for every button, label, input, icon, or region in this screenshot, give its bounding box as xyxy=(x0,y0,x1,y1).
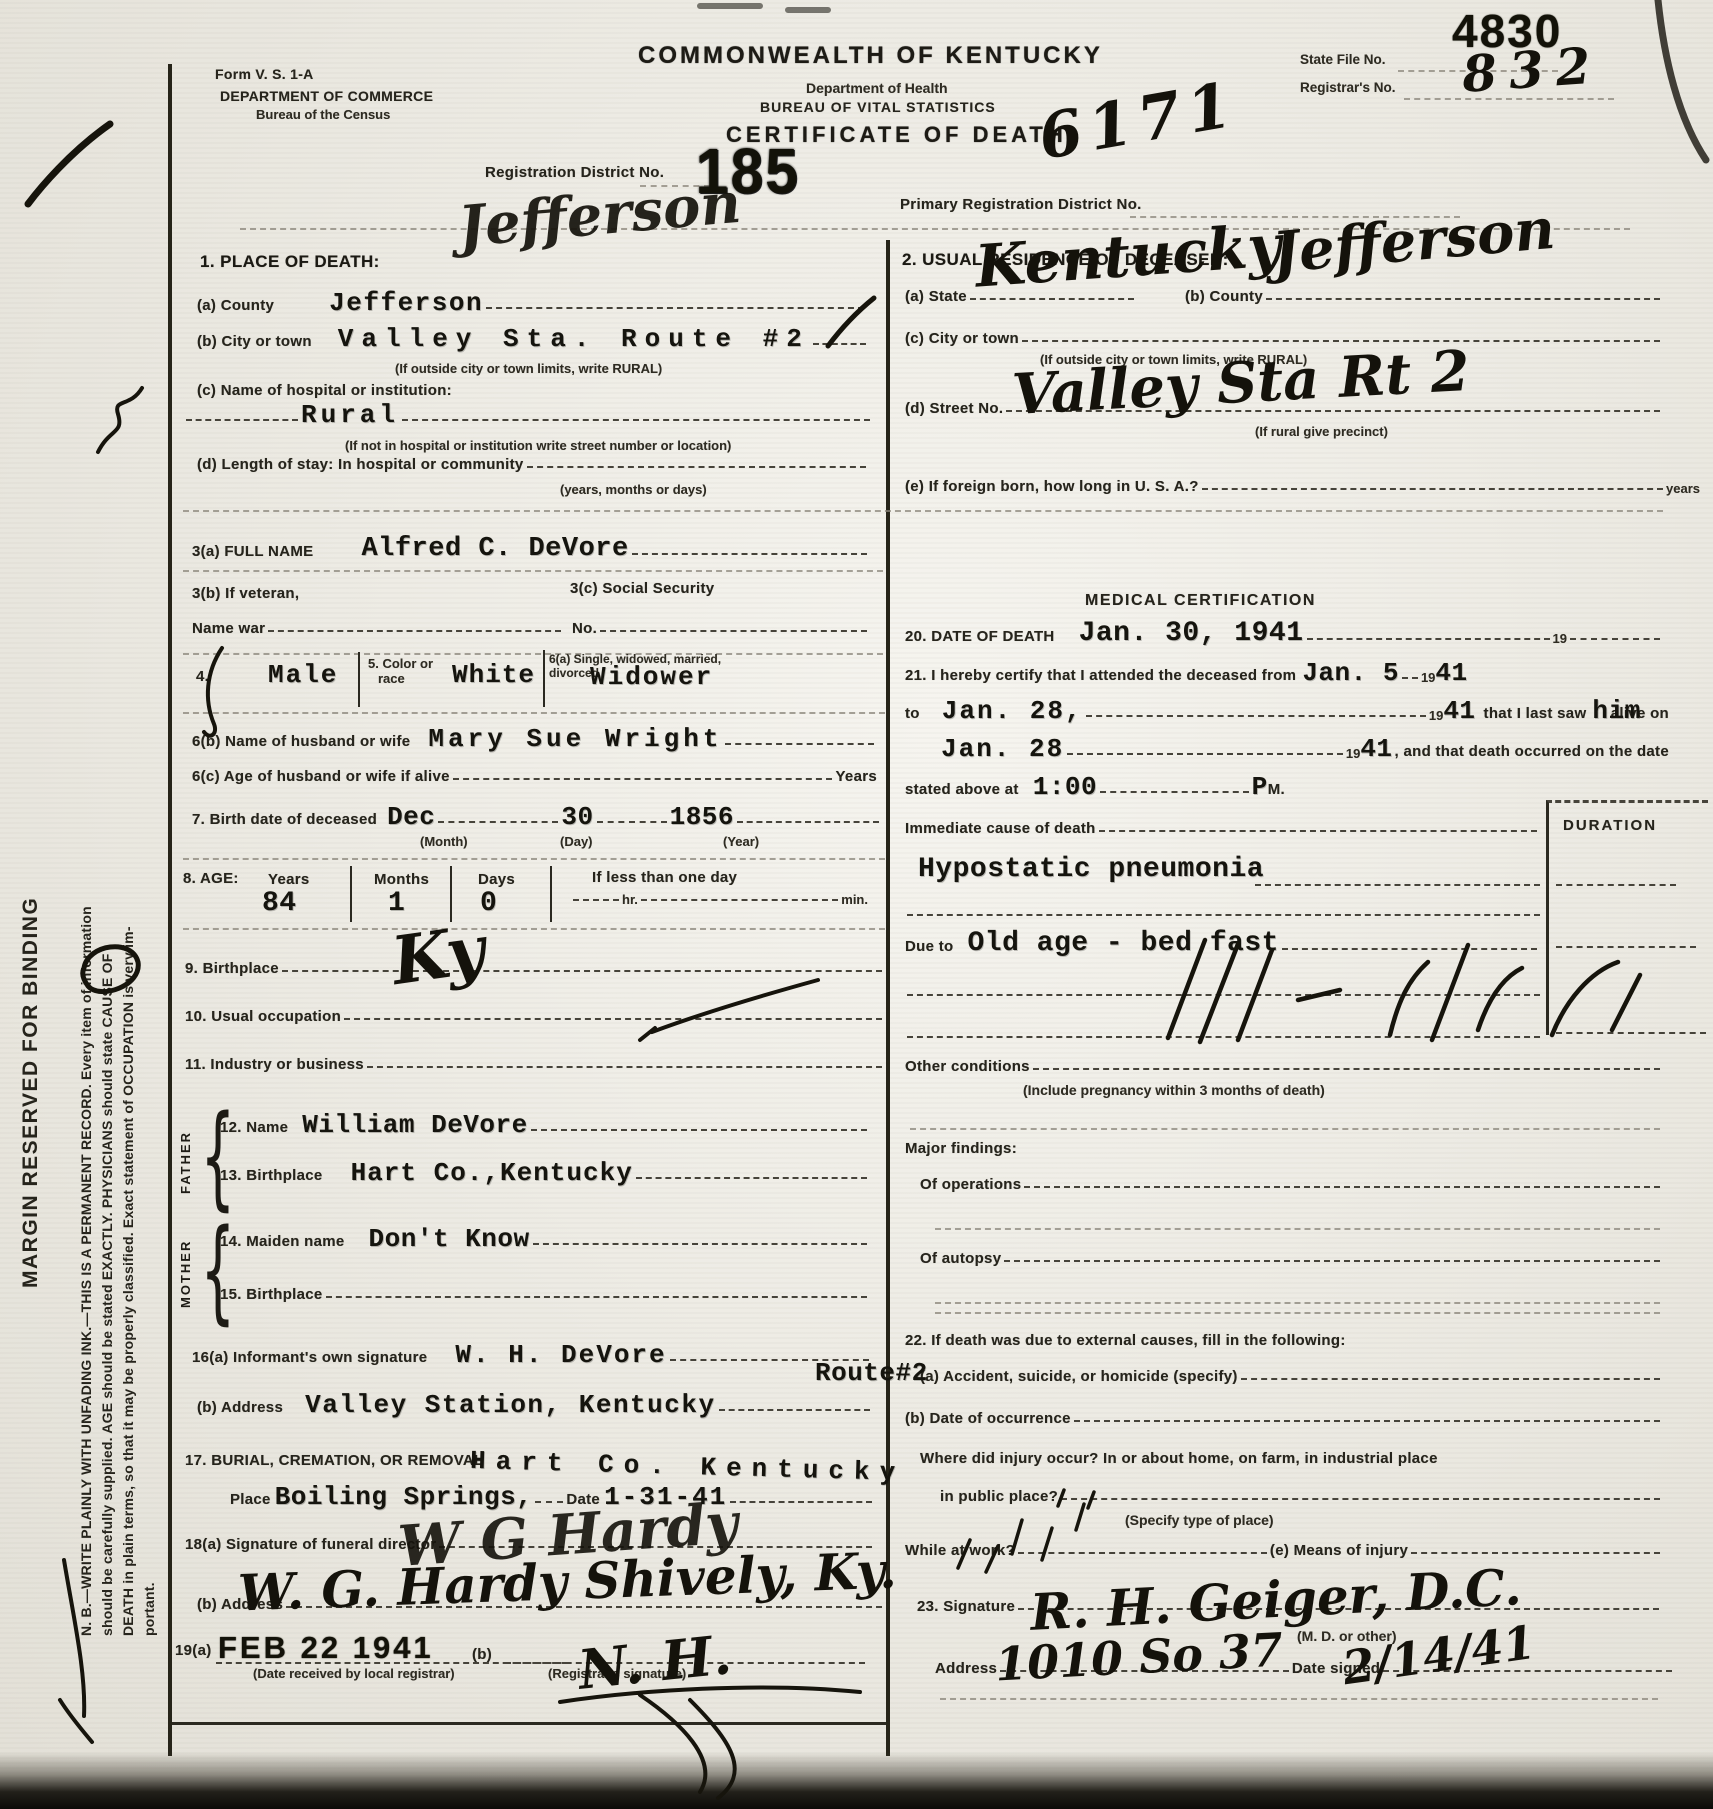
informant-signature-value: W. H. DeVore xyxy=(455,1340,666,1370)
injury-where-label: Where did injury occur? In or about home… xyxy=(920,1450,1438,1467)
residence-street-note: (If rural give precinct) xyxy=(1255,424,1388,439)
dotted-line xyxy=(907,1036,1540,1038)
duration-label: DURATION xyxy=(1563,817,1657,834)
color-label-line1: 5. Color or xyxy=(368,656,433,671)
occupation-row: 10. Usual occupation xyxy=(185,1008,885,1026)
foreign-born-suffix: years xyxy=(1666,481,1700,496)
commonwealth-title: COMMONWEALTH OF KENTUCKY xyxy=(638,42,1103,70)
dotted-line xyxy=(1024,1186,1660,1188)
form-number: Form V. S. 1-A xyxy=(215,66,314,82)
last-saw-label: that I last saw xyxy=(1484,705,1587,722)
label-19b: (b) xyxy=(472,1646,492,1663)
sex-value: Male xyxy=(268,660,338,690)
to-19-label: 19 xyxy=(1429,708,1443,723)
duration-box: DURATION xyxy=(1546,800,1708,1035)
immediate-cause-value: Hypostatic pneumonia xyxy=(918,854,1264,885)
name-war-row: Name war xyxy=(192,620,564,638)
dotted-line xyxy=(1100,791,1248,793)
operations-row: Of operations xyxy=(920,1176,1663,1194)
age-days-caption: Days xyxy=(478,871,515,888)
state-file-label: State File No. xyxy=(1300,52,1386,67)
min-caption: min. xyxy=(841,892,868,907)
residence-county-label: (b) County xyxy=(1185,288,1263,305)
spouse-value: Mary Sue Wright xyxy=(428,724,722,754)
occurrence-row: (b) Date of occurrence xyxy=(905,1410,1663,1428)
ampm-value: P xyxy=(1252,772,1268,802)
birthplace-handwriting: Ky xyxy=(387,910,490,1000)
margin-note-line3: DEATH in plain terms, so that it may be … xyxy=(118,216,139,1636)
year-caption: (Year) xyxy=(723,834,759,849)
mother-maiden-value: Don't Know xyxy=(369,1224,530,1254)
dotted-line xyxy=(737,821,879,823)
dotted-line xyxy=(1266,298,1660,300)
dotted-line xyxy=(527,466,866,468)
foreign-born-row: (e) If foreign born, how long in U. S. A… xyxy=(905,478,1700,496)
hospital-value: Rural xyxy=(301,400,399,430)
scan-bottom-band xyxy=(0,1752,1713,1809)
immediate-cause-label: Immediate cause of death xyxy=(905,820,1096,837)
duration-dash xyxy=(1556,884,1676,886)
county-value: Jefferson xyxy=(329,288,483,318)
due-to-label: Due to xyxy=(905,938,953,955)
dotted-line xyxy=(531,1129,867,1131)
dotted-line xyxy=(1570,638,1660,640)
father-name-row: 12. Name William DeVore xyxy=(220,1110,870,1137)
birthplace-row: 9. Birthplace xyxy=(185,960,885,978)
burial-heading: 17. BURIAL, CREMATION, OR REMOVAL xyxy=(185,1452,484,1469)
dotted-line xyxy=(1074,1420,1660,1422)
dotted-line xyxy=(636,1177,867,1179)
dotted-line xyxy=(1255,884,1540,886)
age-years-caption: Years xyxy=(268,871,310,888)
place-overwrite-handwriting: Jefferson xyxy=(456,170,744,260)
month-caption: (Month) xyxy=(420,834,468,849)
birth-month-value: Dec xyxy=(387,802,435,832)
margin-title: MARGIN RESERVED FOR BINDING xyxy=(20,897,42,1288)
dotted-line xyxy=(1402,677,1418,679)
ssn-no-row: No. xyxy=(572,620,870,638)
age-years-value: 84 xyxy=(262,888,297,919)
date-of-death-value: Jan. 30, 1941 xyxy=(1079,618,1304,649)
registrar-no-value: 832 xyxy=(1460,35,1604,104)
accident-row: (a) Accident, suicide, or homicide (spec… xyxy=(920,1368,1663,1386)
dotted-line xyxy=(600,630,867,632)
mother-maiden-row: 14. Maiden name Don't Know xyxy=(220,1224,870,1251)
dotted-line xyxy=(402,419,870,421)
residence-state-label: (a) State xyxy=(905,288,967,305)
accident-label: (a) Accident, suicide, or homicide (spec… xyxy=(920,1368,1238,1385)
stated-label: stated above at xyxy=(905,781,1019,798)
other-conditions-note: (Include pregnancy within 3 months of de… xyxy=(1023,1082,1325,1098)
margin-note-line4: portant. xyxy=(139,216,160,1636)
marital-value: Widower xyxy=(590,662,713,692)
external-causes-heading: 22. If death was due to external causes,… xyxy=(905,1332,1346,1349)
city-label: (b) City or town xyxy=(197,333,312,350)
hospital-label: (c) Name of hospital or institution: xyxy=(197,382,452,399)
informant-address-row: (b) Address Valley Station, Kentucky xyxy=(197,1390,873,1417)
informant-address-label: (b) Address xyxy=(197,1399,283,1416)
autopsy-row: Of autopsy xyxy=(920,1250,1663,1268)
due-to-row: Due to Old age - bed fast xyxy=(905,928,1540,956)
operations-label: Of operations xyxy=(920,1176,1021,1193)
spouse-age-row: 6(c) Age of husband or wife if alive Yea… xyxy=(192,768,877,786)
city-row: (b) City or town Valley Sta. Route #2 xyxy=(197,324,869,351)
due-to-value: Old age - bed fast xyxy=(967,928,1278,959)
birth-day-value: 30 xyxy=(561,802,593,832)
divider-line xyxy=(183,570,883,572)
hospital-note: (If not in hospital or institution write… xyxy=(345,438,731,453)
while-at-work-label: While at work? xyxy=(905,1542,1015,1559)
age-months-value: 1 xyxy=(388,888,405,919)
sex-number: 4. xyxy=(196,668,209,685)
mother-birthplace-row: 15. Birthplace xyxy=(220,1286,870,1304)
dotted-line xyxy=(813,343,866,345)
dotted-line xyxy=(907,914,1540,916)
attended-to-value: Jan. 28, xyxy=(942,696,1083,726)
dotted-line xyxy=(725,743,874,745)
registrar-signature-handwriting: N. H. xyxy=(575,1622,734,1702)
dotted-line xyxy=(268,630,561,632)
dotted-line xyxy=(1411,1552,1660,1554)
last-seen-row: Jan. 28 19 41 , and that death occurred … xyxy=(905,734,1669,761)
handwritten-district-number: 6171 xyxy=(1033,67,1243,174)
divider-line xyxy=(910,1128,1660,1130)
from-19-label: 19 xyxy=(1421,670,1435,685)
dotted-line xyxy=(1307,638,1550,640)
page-curl-edge xyxy=(1658,0,1706,160)
occurrence-label: (b) Date of occurrence xyxy=(905,1410,1071,1427)
to-label: to xyxy=(905,705,920,722)
dotted-line xyxy=(344,1018,882,1020)
color-value: White xyxy=(452,660,535,690)
color-label: 5. Color or race xyxy=(368,656,433,686)
informant-address-value: Valley Station, Kentucky xyxy=(305,1390,715,1420)
divider-line xyxy=(935,1302,1660,1304)
county-row: (a) County Jefferson xyxy=(197,288,867,315)
hr-caption: hr. xyxy=(622,892,638,907)
left-form-border xyxy=(168,64,172,1756)
spouse-row: 6(b) Name of husband or wife Mary Sue Wr… xyxy=(192,724,877,751)
medical-heading: MEDICAL CERTIFICATION xyxy=(1085,592,1316,610)
veteran-label: 3(b) If veteran, xyxy=(192,585,299,602)
column-divider xyxy=(886,240,890,1756)
m-label: M. xyxy=(1268,781,1285,798)
form-department: DEPARTMENT OF COMMERCE xyxy=(220,88,433,104)
date-of-death-row: 20. DATE OF DEATH Jan. 30, 1941 19 xyxy=(905,618,1663,646)
top-edge-marks xyxy=(700,6,828,10)
dotted-line xyxy=(533,1243,867,1245)
mother-maiden-label: 14. Maiden name xyxy=(220,1233,345,1250)
margin-note-line1: N. B.—WRITE PLAINLY WITH UNFADING INK.—T… xyxy=(76,216,97,1636)
residence-city-row: (c) City or town xyxy=(905,330,1663,348)
age-divider xyxy=(350,866,352,922)
dotted-line xyxy=(1086,715,1426,717)
dotted-line xyxy=(1061,1498,1660,1500)
occupation-label: 10. Usual occupation xyxy=(185,1008,341,1025)
dotted-line xyxy=(1241,1378,1660,1380)
major-findings-label: Major findings: xyxy=(905,1140,1017,1157)
dotted-line xyxy=(719,1409,870,1411)
spouse-age-label: 6(c) Age of husband or wife if alive xyxy=(192,768,450,785)
means-of-injury-label: (e) Means of injury xyxy=(1270,1542,1408,1559)
dotted-line xyxy=(597,821,667,823)
duration-dash xyxy=(1556,946,1696,948)
city-value: Valley Sta. Route #2 xyxy=(338,324,810,354)
age-less-caption: If less than one day xyxy=(592,869,737,886)
city-note: (If outside city or town limits, write R… xyxy=(395,361,662,376)
him-value: him xyxy=(1592,696,1640,726)
father-side-label: FATHER xyxy=(178,1131,193,1194)
dotted-line xyxy=(1033,1068,1660,1070)
dotted-line xyxy=(730,1501,872,1503)
dept-health: Department of Health xyxy=(806,80,948,96)
dotted-line xyxy=(907,994,1540,996)
stay-label: (d) Length of stay: In hospital or commu… xyxy=(197,456,524,473)
date-of-death-label: 20. DATE OF DEATH xyxy=(905,628,1055,645)
dotted-line xyxy=(1282,948,1537,950)
mother-side-label: MOTHER xyxy=(178,1240,193,1308)
father-name-label: 12. Name xyxy=(220,1119,288,1136)
registrar-no-label: Registrar's No. xyxy=(1300,80,1396,95)
divider-line xyxy=(935,1312,1660,1314)
spouse-label: 6(b) Name of husband or wife xyxy=(192,733,410,750)
age-months-caption: Months xyxy=(374,871,429,888)
divider-line xyxy=(940,1698,1658,1700)
stated-above-row: stated above at 1:00 P M. xyxy=(905,772,1285,799)
age-label: 8. AGE: xyxy=(183,870,239,887)
name-war-label: Name war xyxy=(192,620,265,637)
birthplace-label: 9. Birthplace xyxy=(185,960,279,977)
dotted-line xyxy=(1004,1260,1660,1262)
margin-checkmark xyxy=(28,124,110,204)
dotted-line xyxy=(186,419,298,421)
divider-line xyxy=(183,510,1663,512)
dotted-line xyxy=(453,778,833,780)
death-certificate-scan: Form V. S. 1-A DEPARTMENT OF COMMERCE Bu… xyxy=(0,0,1713,1809)
ssn-label: 3(c) Social Security xyxy=(570,580,714,597)
field-divider xyxy=(358,652,360,707)
divider-line xyxy=(183,858,885,860)
field-divider xyxy=(543,650,545,707)
dotted-line xyxy=(1022,340,1660,342)
other-conditions-row: Other conditions xyxy=(905,1058,1663,1076)
full-name-value: Alfred C. DeVore xyxy=(361,534,628,564)
label-19a: 19(a) xyxy=(175,1642,212,1659)
dotted-line xyxy=(632,553,867,555)
birth-year-value: 1856 xyxy=(670,802,734,832)
father-birthplace-label: 13. Birthplace xyxy=(220,1167,323,1184)
dotted-line xyxy=(326,1296,867,1298)
full-name-label: 3(a) FULL NAME xyxy=(192,543,313,560)
dotted-line xyxy=(1067,753,1343,755)
divider-line xyxy=(183,653,883,655)
divider-line xyxy=(935,1228,1660,1230)
informant-signature-label: 16(a) Informant's own signature xyxy=(192,1349,427,1366)
residence-city-label: (c) City or town xyxy=(905,330,1019,347)
left-column-bottom-rule xyxy=(172,1722,886,1725)
bureau-vital: BUREAU OF VITAL STATISTICS xyxy=(760,99,996,115)
age-hr-min-row: hr. min. xyxy=(570,892,868,907)
received-note: (Date received by local registrar) xyxy=(253,1666,455,1681)
date-signed-handwriting: 2/14/41 xyxy=(1339,1615,1538,1695)
public-place-label: in public place? xyxy=(940,1488,1058,1505)
place-of-death-heading: 1. PLACE OF DEATH: xyxy=(200,252,380,272)
dotted-line xyxy=(282,970,882,972)
father-name-value: William DeVore xyxy=(302,1110,527,1140)
last-19-label: 19 xyxy=(1346,746,1360,761)
divider-line xyxy=(183,712,885,714)
to-year-value: 41 xyxy=(1443,696,1475,726)
attended-from-value: Jan. 5 xyxy=(1302,658,1399,688)
father-birthplace-row: 13. Birthplace Hart Co.,Kentucky xyxy=(220,1158,870,1185)
stay-note: (years, months or days) xyxy=(560,482,707,497)
birth-date-label: 7. Birth date of deceased xyxy=(192,811,377,828)
dotted-line xyxy=(1099,830,1537,832)
physician-address-label: Address xyxy=(935,1660,997,1677)
last-seen-value: Jan. 28 xyxy=(941,734,1064,764)
dotted-line xyxy=(1202,488,1663,490)
informant-signature-row: 16(a) Informant's own signature W. H. De… xyxy=(192,1340,872,1367)
public-place-row: in public place? xyxy=(940,1488,1663,1506)
stay-row: (d) Length of stay: In hospital or commu… xyxy=(197,456,869,474)
certify-row: 21. I hereby certify that I attended the… xyxy=(905,658,1667,685)
day-caption: (Day) xyxy=(560,834,593,849)
occurred-label: , and that death occurred on the date xyxy=(1395,743,1669,760)
autopsy-label: Of autopsy xyxy=(920,1250,1001,1267)
margin-notes: N. B.—WRITE PLAINLY WITH UNFADING INK.—T… xyxy=(76,216,160,1636)
dod-19-label: 19 xyxy=(1553,631,1567,646)
hospital-row: Rural xyxy=(183,400,873,427)
burial-place-label: Place xyxy=(230,1491,271,1508)
father-birthplace-value: Hart Co.,Kentucky xyxy=(351,1158,633,1188)
residence-county-handwriting: Jefferson xyxy=(1270,196,1558,286)
immediate-cause-row: Immediate cause of death xyxy=(905,820,1540,838)
industry-label: 11. Industry or business xyxy=(185,1056,364,1073)
dotted-line xyxy=(367,1066,882,1068)
divider-line xyxy=(183,928,885,930)
informant-route-value: Route#2 xyxy=(815,1358,928,1388)
birth-date-row: 7. Birth date of deceased Dec 30 1856 xyxy=(192,802,882,829)
foreign-born-label: (e) If foreign born, how long in U. S. A… xyxy=(905,478,1199,495)
received-date-stamp: FEB 22 1941 xyxy=(218,1630,434,1666)
from-year-value: 41 xyxy=(1435,658,1467,688)
certify-label: 21. I hereby certify that I attended the… xyxy=(905,667,1296,684)
full-name-row: 3(a) FULL NAME Alfred C. DeVore xyxy=(192,534,870,561)
primary-district-label: Primary Registration District No. xyxy=(900,196,1142,213)
age-days-value: 0 xyxy=(480,888,497,919)
sex-pen-stroke xyxy=(204,648,222,736)
age-divider xyxy=(550,866,552,922)
physician-signature-label: 23. Signature xyxy=(917,1598,1015,1615)
time-value: 1:00 xyxy=(1033,772,1097,802)
last-year-value: 41 xyxy=(1360,734,1392,764)
margin-note-line2: should be carefully supplied. AGE should… xyxy=(97,216,118,1636)
residence-street-label: (d) Street No. xyxy=(905,400,1003,417)
dotted-line xyxy=(641,899,838,901)
other-conditions-label: Other conditions xyxy=(905,1058,1030,1075)
industry-row: 11. Industry or business xyxy=(185,1056,885,1074)
spouse-age-suffix: Years xyxy=(835,768,877,785)
form-bureau: Bureau of the Census xyxy=(256,107,390,122)
duration-dash xyxy=(1556,1032,1706,1034)
attended-to-row: to Jan. 28, 19 41 that I last saw him al… xyxy=(905,696,1669,723)
dotted-line xyxy=(438,821,558,823)
county-label: (a) County xyxy=(197,297,274,314)
dotted-line xyxy=(573,899,619,901)
residence-county-row: (b) County xyxy=(1185,288,1663,306)
specify-place-note: (Specify type of place) xyxy=(1125,1512,1274,1528)
dotted-line xyxy=(486,307,864,309)
while-at-work-row: While at work? (e) Means of injury xyxy=(905,1542,1663,1560)
ssn-no-label: No. xyxy=(572,620,597,637)
color-label-line2: race xyxy=(378,671,433,686)
mother-birthplace-label: 15. Birthplace xyxy=(220,1286,323,1303)
margin-title-text: MARGIN RESERVED FOR BINDING xyxy=(19,897,42,1288)
dotted-line xyxy=(1018,1552,1267,1554)
